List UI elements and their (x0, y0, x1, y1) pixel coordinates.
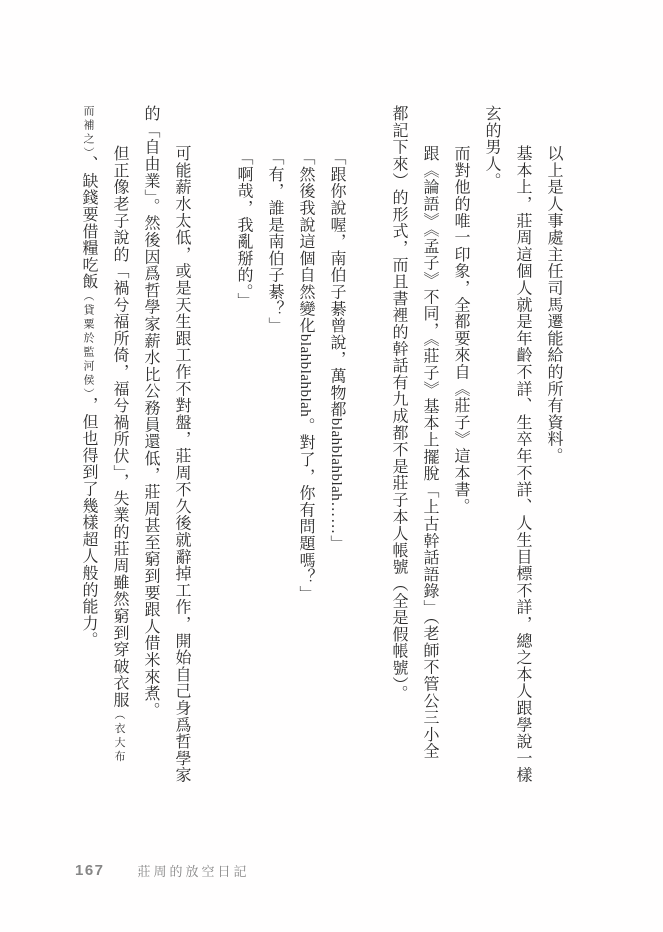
text-segment: 。對了，你有問題嗎？」 (297, 417, 314, 602)
text-column: 的「自由業」。然後因爲哲學家薪水比公務員還低，莊周甚至窮到要跟人借米來煮。 (135, 105, 166, 795)
text-column: 「啊哉，我亂掰的。」 (228, 105, 259, 795)
text-column: 可能薪水太低，或是天生跟工作不對盤，莊周不久後就辭掉工作，開始自己身爲哲學家 (166, 105, 197, 795)
text-column: 「跟你說喔，南伯子綦曾說，萬物都blahblahblah……」 (321, 105, 352, 795)
text-segment: 而對他的唯一印象，全都要來自《莊子》這本書。 (452, 145, 469, 515)
text-segment: 跟《論語》《孟子》不同，《莊子》基本上擺脫「上古幹話語錄」（老師不管公三小全 (421, 145, 438, 759)
blank-column (197, 105, 228, 795)
text-segment: 、缺錢要借糧吃飯 (80, 156, 97, 290)
small-note-segment: （衣大布 (113, 708, 125, 764)
text-segment: ……」 (328, 501, 345, 551)
text-column: 而對他的唯一印象，全都要來自《莊子》這本書。 (445, 105, 476, 795)
text-segment: 「有，誰是南伯子綦？」 (266, 149, 283, 334)
text-segment: 「啊哉，我亂掰的。」 (235, 149, 252, 309)
text-column: 以上是人事處主任司馬遷能給的所有資料。 (538, 105, 569, 795)
text-column: 玄的男人。 (476, 105, 507, 795)
text-segment: 可能薪水太低，或是天生跟工作不對盤，莊周不久後就辭掉工作，開始自己身爲哲學家 (173, 145, 190, 783)
page-number: 167 (75, 862, 105, 879)
text-column: 基本上，莊周這個人就是年齡不詳、生卒年不詳、人生目標不詳，總之本人跟學說一樣 (507, 105, 538, 795)
text-segment: 「然後我說這個自然變化 (297, 149, 314, 334)
text-column: 「有，誰是南伯子綦？」 (259, 105, 290, 795)
small-note-segment: （貸粟於監河侯） (82, 290, 94, 397)
page-footer: 167 莊周的放空日記 (75, 858, 475, 882)
latin-text-segment: blahblahblah (297, 334, 313, 417)
latin-text-segment: blahblahblah (328, 418, 344, 501)
book-title: 莊周的放空日記 (138, 861, 250, 880)
text-segment: 「跟你說喔，南伯子綦曾說，萬物都 (328, 149, 345, 418)
text-segment: 都記下來）的形式，而且書裡的幹話有九成都不是莊子本人帳號（全是假帳號）。 (390, 105, 407, 702)
text-segment: 的「自由業」。然後因爲哲學家薪水比公務員還低，莊周甚至窮到要跟人借米來煮。 (142, 105, 159, 719)
small-note-segment: 而補之） (82, 105, 94, 156)
text-segment: 基本上，莊周這個人就是年齡不詳、生卒年不詳、人生目標不詳，總之本人跟學說一樣 (514, 145, 531, 783)
text-segment: 以上是人事處主任司馬遷能給的所有資料。 (545, 145, 562, 464)
text-segment: 但正像老子說的「禍兮福所倚，福兮禍所伏」，失業的莊周雖然窮到穿破衣服 (111, 145, 128, 708)
text-column: 都記下來）的形式，而且書裡的幹話有九成都不是莊子本人帳號（全是假帳號）。 (383, 105, 414, 795)
text-column: 但正像老子說的「禍兮福所倚，福兮禍所伏」，失業的莊周雖然窮到穿破衣服（衣大布 (104, 105, 135, 795)
blank-column (352, 105, 383, 795)
text-column: 「然後我說這個自然變化blahblahblah。對了，你有問題嗎？」 (290, 105, 321, 795)
text-segment: 玄的男人。 (483, 105, 500, 189)
text-segment: ，但也得到了幾樣超人般的能力。 (80, 396, 97, 648)
book-page: 以上是人事處主任司馬遷能給的所有資料。基本上，莊周這個人就是年齡不詳、生卒年不詳… (0, 0, 663, 932)
text-column: 跟《論語》《孟子》不同，《莊子》基本上擺脫「上古幹話語錄」（老師不管公三小全 (414, 105, 445, 795)
vertical-text-block: 以上是人事處主任司馬遷能給的所有資料。基本上，莊周這個人就是年齡不詳、生卒年不詳… (73, 105, 569, 795)
text-column: 而補之）、缺錢要借糧吃飯（貸粟於監河侯），但也得到了幾樣超人般的能力。 (73, 105, 104, 795)
